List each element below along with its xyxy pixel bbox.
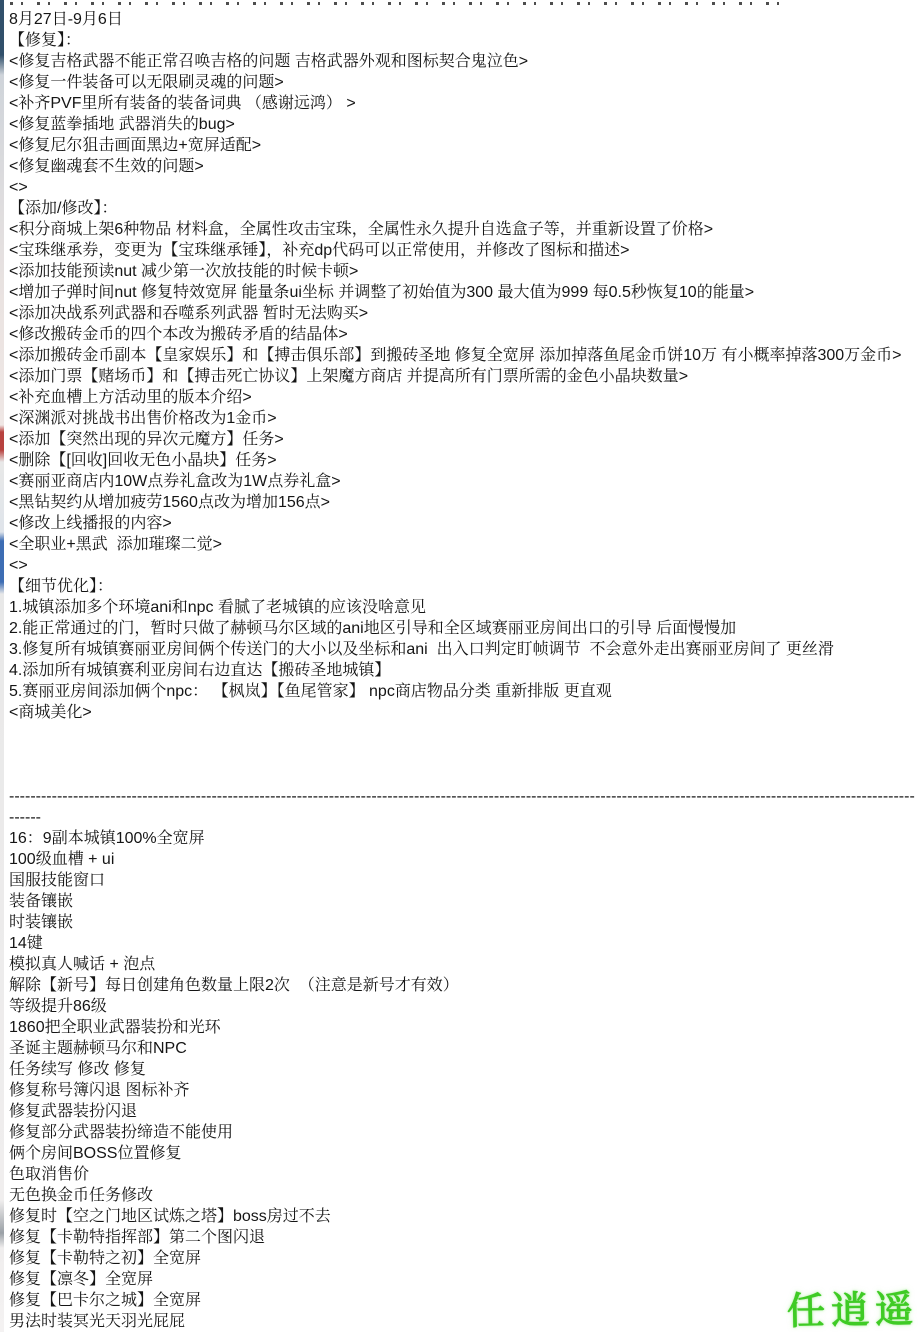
text-line: <补齐PVF里所有装备的装备词典 （感谢远鸿） > — [9, 93, 921, 114]
text-line: 4.添加所有城镇赛利亚房间右边直达【搬砖圣地城镇】 — [9, 660, 921, 681]
text-line: 国服技能窗口 — [9, 870, 921, 891]
text-line: <修复一件装备可以无限刷灵魂的问题> — [9, 72, 921, 93]
text-line: <赛丽亚商店内10W点券礼盒改为1W点券礼盒> — [9, 471, 921, 492]
text-line: 16：9副本城镇100%全宽屏 — [9, 828, 921, 849]
text-line: 修复武器装扮闪退 — [9, 1101, 921, 1122]
text-line: 修复部分武器装扮缔造不能使用 — [9, 1122, 921, 1143]
text-line: <添加门票【赌场币】和【搏击死亡协议】上架魔方商店 并提高所有门票所需的金色小晶… — [9, 366, 921, 387]
text-line: 模拟真人喊话 + 泡点 — [9, 954, 921, 975]
text-line: <添加【突然出现的异次元魔方】任务> — [9, 429, 921, 450]
text-line: <修复尼尔狙击画面黑边+宽屏适配> — [9, 135, 921, 156]
text-line: 100级血槽 + ui — [9, 849, 921, 870]
text-line: <全职业+黑武 添加璀璨二觉> — [9, 534, 921, 555]
text-line: 修复【巴卡尔之城】全宽屏 — [9, 1290, 921, 1311]
text-line: 无色换金币任务修改 — [9, 1185, 921, 1206]
text-line: 【细节优化】： — [9, 576, 921, 597]
text-line: 1860把全职业武器装扮和光环 — [9, 1017, 921, 1038]
text-line: 5.赛丽亚房间添加俩个npc： 【枫岚】【鱼尾管家】 npc商店物品分类 重新排… — [9, 681, 921, 702]
text-line: <修改上线播报的内容> — [9, 513, 921, 534]
text-line: <删除【[回收]回收无色小晶块】任务> — [9, 450, 921, 471]
text-line: 解除【新号】每日创建角色数量上限2次 （注意是新号才有效） — [9, 975, 921, 996]
text-line: 色取消售价 — [9, 1164, 921, 1185]
text-line: 装备镶嵌 — [9, 891, 921, 912]
text-line: <修复蓝拳插地 武器消失的bug> — [9, 114, 921, 135]
text-line: 修复【卡勒特指挥部】第二个图闪退 — [9, 1227, 921, 1248]
text-line: <补充血槽上方活动里的版本介绍> — [9, 387, 921, 408]
text-line: 3.修复所有城镇赛丽亚房间俩个传送门的大小以及坐标和ani 出入口判定盯帧调节 … — [9, 639, 921, 660]
text-line: <深渊派对挑战书出售价格改为1金币> — [9, 408, 921, 429]
text-line: <积分商城上架6种物品 材料盒，全属性攻击宝珠，全属性永久提升自选盒子等，并重新… — [9, 219, 921, 240]
text-line: <商城美化> — [9, 702, 921, 723]
text-line: 圣诞主题赫顿马尔和NPC — [9, 1038, 921, 1059]
text-line: ----------------------------------------… — [9, 786, 921, 807]
text-line: 男法时装冥光天羽光屁屁 — [9, 1311, 921, 1332]
changelog-document: 8月27日-9月6日【修复】：<修复吉格武器不能正常召唤吉格的问题 吉格武器外观… — [4, 9, 921, 1332]
text-line: <> — [9, 177, 921, 198]
text-line: <修改搬砖金币的四个本改为搬砖矛盾的结晶体> — [9, 324, 921, 345]
text-line: 修复时【空之门地区试炼之塔】boss房过不去 — [9, 1206, 921, 1227]
text-line: <添加技能预读nut 减少第一次放技能的时候卡顿> — [9, 261, 921, 282]
text-line: 修复【凛冬】全宽屏 — [9, 1269, 921, 1290]
text-line: 任务续写 修改 修复 — [9, 1059, 921, 1080]
text-line: <添加搬砖金币副本【皇家娱乐】和【搏击俱乐部】到搬砖圣地 修复全宽屏 添加掉落鱼… — [9, 345, 921, 366]
text-line: <修复幽魂套不生效的问题> — [9, 156, 921, 177]
text-line: 俩个房间BOSS位置修复 — [9, 1143, 921, 1164]
text-line: 14键 — [9, 933, 921, 954]
text-line: 时装镶嵌 — [9, 912, 921, 933]
text-line — [9, 723, 921, 744]
text-line: <黑钻契约从增加疲劳1560点改为增加156点> — [9, 492, 921, 513]
text-line: 等级提升86级 — [9, 996, 921, 1017]
text-line: <> — [9, 555, 921, 576]
text-line: <修复吉格武器不能正常召唤吉格的问题 吉格武器外观和图标契合鬼泣色> — [9, 51, 921, 72]
watermark: 任逍遥 — [787, 1278, 920, 1332]
text-line: <宝珠继承券，变更为【宝珠继承锤】，补充dp代码可以正常使用，并修改了图标和描述… — [9, 240, 921, 261]
text-line: 2.能正常通过的门，暂时只做了赫顿马尔区域的ani地区引导和全区域赛丽亚房间出口… — [9, 618, 921, 639]
text-line: <添加决战系列武器和吞噬系列武器 暂时无法购买> — [9, 303, 921, 324]
text-line: <增加子弹时间nut 修复特效宽屏 能量条ui坐标 并调整了初始值为300 最大… — [9, 282, 921, 303]
clipped-text-top — [10, 2, 790, 5]
text-line: 【添加/修改】： — [9, 198, 921, 219]
text-line: 【修复】： — [9, 30, 921, 51]
text-line: 8月27日-9月6日 — [9, 9, 921, 30]
text-line — [9, 744, 921, 765]
text-line: 修复称号簿闪退 图标补齐 — [9, 1080, 921, 1101]
text-line: 1.城镇添加多个环境ani和npc 看腻了老城镇的应该没啥意见 — [9, 597, 921, 618]
text-line: 修复【卡勒特之初】全宽屏 — [9, 1248, 921, 1269]
text-line — [9, 765, 921, 786]
text-line: ------ — [9, 807, 921, 828]
